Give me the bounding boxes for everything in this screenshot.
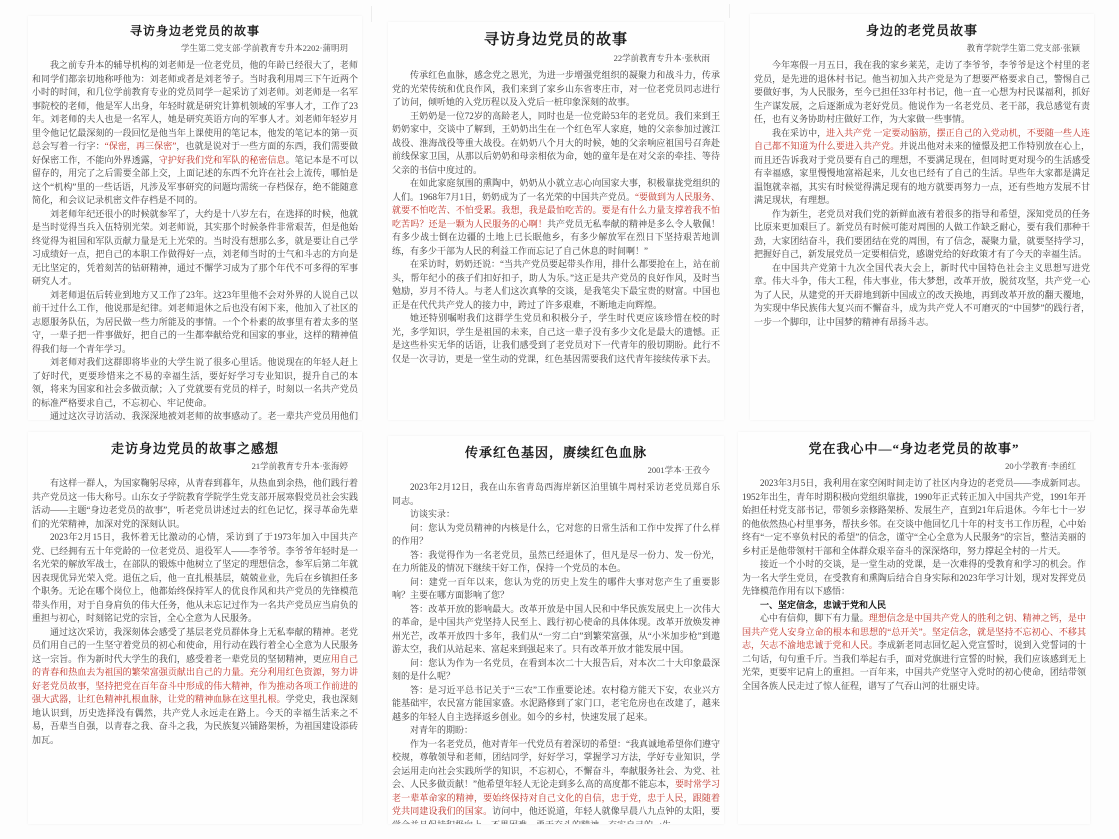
body-text: 作为一名老党员，他对青年一代党员有着深切的希望：“我真诚地希望你们遵守校规，尊敬…	[392, 739, 720, 790]
body-text: 通过这次采访，我深刻体会感受了基层老党员群体身上无私奉献的精神。老党员们用自己的…	[32, 627, 358, 664]
essay-document-2: 寻访身边党员的故事 22学前教育专升本·张秋雨 传承红色血脉，感念党之恩光，为进…	[388, 22, 724, 420]
body-text: 问：建党一百年以来，您认为党的历史上发生的哪件大事对您产生了重要影响？主要在哪方…	[392, 577, 720, 601]
body-text: 刘老师对我们这群即将毕业的大学生说了很多心里话。他说现在的年轻人赶上了好时代，更…	[32, 357, 358, 408]
red-highlight-text: 守护好我们党和军队的秘密信息	[159, 155, 286, 165]
body-text: 答：是习近平总书记关于“三农”工作重要论述。农村稳方能天下安，农业兴方能基础牢，…	[392, 685, 720, 722]
paragraph: 在如此家庭氛围的熏陶中，奶奶从小就立志心向国家大事，积极靠拢党组织的人们。196…	[392, 177, 720, 258]
essay-byline: 21学前教育专升本·张海婷	[32, 460, 348, 472]
paragraph: 2023年2月15日，我怀着无比激动的心情，采访到了于1973年加入中国共产党、…	[32, 531, 358, 626]
paragraph: 刘老师退伍后转业到地方又工作了23年。这23年里他不会对外界的人说自己以前干过什…	[32, 289, 358, 357]
paragraph: 作为一名老党员，他对青年一代党员有着深切的希望：“我真诚地希望你们遵守校规，尊敬…	[392, 738, 720, 825]
essay-title: 寻访身边党员的故事	[392, 28, 720, 49]
paragraph: 我之前专升本的辅导机构的刘老师是一位老党员，他的年龄已经很大了，老师和同学们都亲…	[32, 59, 358, 208]
body-text: 刘老师年纪还很小的时候就参军了，大约是十八岁左右，在选择的时候，他就是当时觉得当…	[32, 209, 358, 287]
essay-byline: 2001学本·王孜今	[392, 464, 710, 476]
paragraph: 在中国共产党第十九次全国代表大会上，新时代中国特色社会主义思想写进党章。伟大斗争…	[754, 262, 1090, 330]
essay-body: 我之前专升本的辅导机构的刘老师是一位老党员，他的年龄已经很大了，老师和同学们都亲…	[32, 59, 358, 420]
paragraph: 刘老师年纪还很小的时候就参军了，大约是十八岁左右，在选择的时候，他就是当时觉得当…	[32, 208, 358, 289]
paragraph: 在采访时，奶奶还说：“当共产党员要起带头作用，排什么都要抢在上，站在前头，帮年纪…	[392, 258, 720, 312]
body-text: 问：您认为党员精神的内核是什么，它对您的日常生活和工作中发挥了什么样的作用？	[392, 523, 720, 547]
body-text: 今年寒假一月五日，我在我的家乡莱芜，走访了李爷爷，李爷爷是这个村里的老党员，是先…	[754, 60, 1090, 124]
body-text: 我在采访中，	[772, 128, 826, 138]
paragraph: 通过这次寻访活动，我深深地被刘老师的故事感动了。老一辈共产党员用他们的青春和热血…	[32, 410, 358, 420]
essay-byline: 22学前教育专升本·张秋雨	[392, 52, 710, 64]
body-text: 她还特别嘱咐我们这群学生党员和积极分子，学生时代更应该珍惜在校的时光，多学知识，…	[392, 313, 720, 364]
body-text: 心中有信仰，脚下有力量。	[760, 613, 869, 623]
paragraph: 有这样一群人，为国家鞠躬尽瘁，从青春到暮年，从热血到余热，他们践行着共产党员这一…	[32, 477, 358, 531]
body-text: 作为新生，老党员对我们党的新鲜血液有着很多的指导和希望，深知党员的任务比原来更加…	[754, 209, 1090, 260]
essay-body: 2023年3月5日，我利用在家空闲时间走访了社区内身边的老党员——李成新同志。1…	[742, 477, 1086, 693]
scan-edge-mark	[371, 6, 372, 22]
body-text: 在采访时，奶奶还说：“当共产党员要起带头作用，排什么都要抢在上，站在前头，帮年纪…	[392, 259, 720, 310]
essay-byline: 学生第二党支部·学前教育专升本2202·蒲明玥	[32, 42, 348, 54]
body-text: 刘老师退伍后转业到地方又工作了23年。这23年里他不会对外界的人说自己以前干过什…	[32, 290, 358, 354]
body-text: 答：我觉得作为一名老党员，虽然已经退休了，但凡是尽一份力、发一份光，在力所能及的…	[392, 550, 720, 574]
body-text: 对青年的期盼：	[410, 725, 473, 735]
paragraph: 通过这次采访，我深刻体会感受了基层老党员群体身上无私奉献的精神。老党员们用自己的…	[32, 626, 358, 748]
essay-byline: 教育学院学生第二党支部·张颖	[754, 42, 1080, 54]
body-text: 2023年3月5日，我利用在家空闲时间走访了社区内身边的老党员——李成新同志。1…	[742, 478, 1086, 556]
essay-body: 2023年2月12日，我在山东省青岛西海岸新区泊里镇牛周村采访老党员郑自乐同志。…	[392, 481, 720, 824]
body-text: 有这样一群人，为国家鞠躬尽瘁，从青春到暮年，从热血到余热，他们践行着共产党员这一…	[32, 478, 358, 529]
paragraph: 对青年的期盼：	[392, 724, 720, 738]
paragraph: 传承红色血脉，感念党之恩光，为进一步增强党组织的凝聚力和战斗力，传承党的光荣传统…	[392, 69, 720, 110]
essay-body: 有这样一群人，为国家鞠躬尽瘁，从青春到暮年，从热血到余热，他们践行着共产党员这一…	[32, 477, 358, 747]
paragraph: 刘老师对我们这群即将毕业的大学生说了很多心里话。他说现在的年轻人赶上了好时代，更…	[32, 356, 358, 410]
paragraph: 2023年3月5日，我利用在家空闲时间走访了社区内身边的老党员——李成新同志。1…	[742, 477, 1086, 558]
essay-document-1: 寻访身边老党员的故事 学生第二党支部·学前教育专升本2202·蒲明玥 我之前专升…	[28, 16, 362, 420]
essay-body: 今年寒假一月五日，我在我的家乡莱芜，走访了李爷爷，李爷爷是这个村里的老党员，是先…	[754, 59, 1090, 329]
red-highlight-text: “保密，再三保密”	[105, 141, 177, 151]
paragraph: 问：建党一百年以来，您认为党的历史上发生的哪件大事对您产生了重要影响？主要在哪方…	[392, 576, 720, 603]
essay-body: 传承红色血脉，感念党之恩光，为进一步增强党组织的凝聚力和战斗力，传承党的光荣传统…	[392, 69, 720, 366]
section-heading: 一、坚定信念，忠诚于党和人民	[742, 599, 1086, 613]
body-text: 王奶奶是一位72岁的高龄老人，同时也是一位党龄53年的老党员。我们来到王奶奶家中…	[392, 111, 720, 175]
paragraph: 答：是习近平总书记关于“三农”工作重要论述。农村稳方能天下安，农业兴方能基础牢，…	[392, 684, 720, 725]
essay-title: 传承红色基因，赓续红色血脉	[392, 442, 720, 461]
essay-document-6: 党在我心中—“身边老党员的故事” 20小学教育·李函红 2023年3月5日，我利…	[738, 432, 1090, 824]
essay-title: 寻访身边老党员的故事	[32, 22, 358, 39]
body-text: 一、坚定信念，忠诚于党和人民	[760, 600, 886, 610]
paragraph: 心中有信仰，脚下有力量。理想信念是中国共产党人的胜利之钥、精神之钙，是中国共产党…	[742, 612, 1086, 693]
paragraph: 访谈实录：	[392, 508, 720, 522]
paragraph: 2023年2月12日，我在山东省青岛西海岸新区泊里镇牛周村采访老党员郑自乐同志。	[392, 481, 720, 508]
essay-document-3: 身边的老党员故事 教育学院学生第二党支部·张颖 今年寒假一月五日，我在我的家乡莱…	[750, 14, 1094, 420]
paragraph: 问：您认为作为一名党员，在看到本次二十大报告后，对本次二十大印象最深刻的是什么呢…	[392, 657, 720, 684]
essay-title: 身边的老党员故事	[754, 20, 1090, 39]
body-text: 传承红色血脉，感念党之恩光，为进一步增强党组织的凝聚力和战斗力，传承党的光荣传统…	[392, 70, 720, 107]
paragraph: 我在采访中，进入共产党 一定要动脑筋，摆正自己的入党动机，不要随一些人连自己都不…	[754, 127, 1090, 208]
body-text: 接近一个小时的交谈，是一堂生动的党课，是一次难得的受教育和学习的机会。作为一名大…	[742, 559, 1086, 596]
paragraph: 接近一个小时的交谈，是一堂生动的党课，是一次难得的受教育和学习的机会。作为一名大…	[742, 558, 1086, 599]
body-text: 2023年2月15日，我怀着无比激动的心情，采访到了于1973年加入中国共产党、…	[32, 532, 358, 623]
paragraph: 今年寒假一月五日，我在我的家乡莱芜，走访了李爷爷，李爷爷是这个村里的老党员，是先…	[754, 59, 1090, 127]
body-text: 在中国共产党第十九次全国代表大会上，新时代中国特色社会主义思想写进党章。伟大斗争…	[754, 263, 1090, 327]
paragraph: 作为新生，老党员对我们党的新鲜血液有着很多的指导和希望，深知党员的任务比原来更加…	[754, 208, 1090, 262]
paragraph: 答：改革开放的影响最大。改革开放是中国人民和中华民族发展史上一次伟大的革命，是中…	[392, 603, 720, 657]
paragraph: 她还特别嘱咐我们这群学生党员和积极分子，学生时代更应该珍惜在校的时光，多学知识，…	[392, 312, 720, 366]
essay-document-4: 走访身边党员的故事之感想 21学前教育专升本·张海婷 有这样一群人，为国家鞠躬尽…	[28, 432, 362, 824]
body-text: 访谈实录：	[410, 509, 455, 519]
essay-title: 走访身边党员的故事之感想	[32, 438, 358, 457]
scanned-essays-collage: { "page": { "background_color": "#fdfdfd…	[0, 0, 1119, 839]
body-text: 2023年2月12日，我在山东省青岛西海岸新区泊里镇牛周村采访老党员郑自乐同志。	[392, 482, 720, 506]
body-text: 通过这次寻访活动，我深深地被刘老师的故事感动了。老一辈共产党员用他们的青春和热血…	[32, 411, 358, 420]
essay-document-5: 传承红色基因，赓续红色血脉 2001学本·王孜今 2023年2月12日，我在山东…	[388, 436, 724, 824]
body-text: 答：改革开放的影响最大。改革开放是中国人民和中华民族发展史上一次伟大的革命，是中…	[392, 604, 720, 655]
body-text: 我之前专升本的辅导机构的刘老师是一位老党员，他的年龄已经很大了，老师和同学们都亲…	[32, 60, 358, 151]
essay-title: 党在我心中—“身边老党员的故事”	[742, 438, 1086, 457]
paragraph: 问：您认为党员精神的内核是什么，它对您的日常生活和工作中发挥了什么样的作用？	[392, 522, 720, 549]
paragraph: 答：我觉得作为一名老党员，虽然已经退休了，但凡是尽一份力、发一份光，在力所能及的…	[392, 549, 720, 576]
essay-byline: 20小学教育·李函红	[742, 460, 1076, 472]
paragraph: 王奶奶是一位72岁的高龄老人，同时也是一位党龄53年的老党员。我们来到王奶奶家中…	[392, 110, 720, 178]
body-text: 问：您认为作为一名党员，在看到本次二十大报告后，对本次二十大印象最深刻的是什么呢…	[392, 658, 720, 682]
scan-edge-mark	[729, 4, 730, 18]
